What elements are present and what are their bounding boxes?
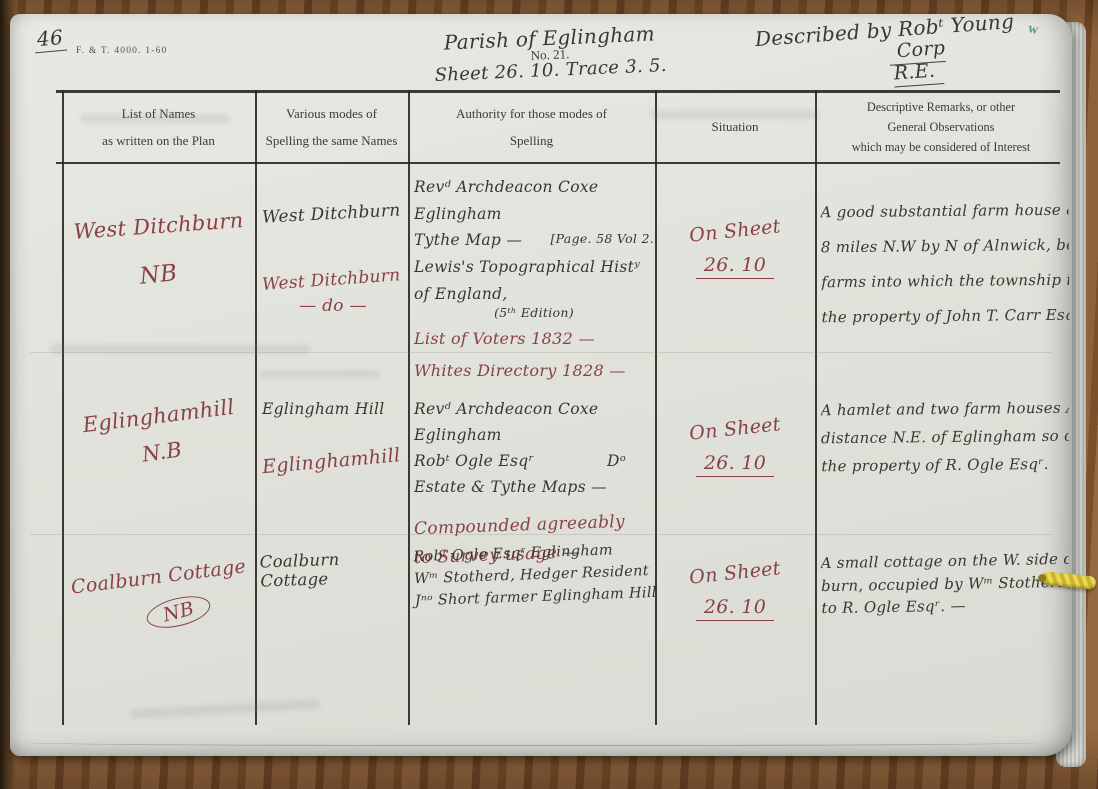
edition-note: (5ᵗʰ Edition) — [414, 307, 654, 320]
nb-mark-circled: NB — [143, 591, 213, 634]
row-2-name-cell: Eglinghamhill N.B — [62, 404, 255, 464]
page-number: 46 — [33, 25, 67, 52]
column-header-line: as written on the Plan — [62, 133, 255, 149]
rank-line: Corp R.E. — [861, 35, 974, 87]
authority-entry-with-ditto: Robᵗ Ogle Esqʳ Dᵒ — [414, 448, 654, 474]
ditto-mark: — do — — [262, 296, 404, 316]
page-title-block: Parish of Eglingham No. 21. Sheet 26. 10… — [379, 19, 721, 89]
column-header-line: Descriptive Remarks, or other — [815, 100, 1067, 115]
cord-knot — [1038, 574, 1047, 583]
nb-mark: N.B — [131, 436, 194, 468]
authority-entry: Revᵈ Archdeacon Coxe Eglingham — [414, 174, 654, 227]
remark-line: the property of R. Ogle Esqʳ. — [821, 450, 1069, 480]
remark-line: A good substantial farm house & hamle — [820, 193, 1068, 231]
row-2-remarks-cell: A hamlet and two farm houses A sh distan… — [821, 395, 1070, 481]
spelling-entry: West Ditchburn — [262, 200, 405, 227]
table-column-line-4 — [815, 90, 817, 725]
situation-sheet-number: 26. 10 — [655, 596, 815, 618]
spelling-entry: Eglinghamhill — [261, 444, 407, 479]
situation-sheet-number: 26. 10 — [655, 254, 815, 276]
row-2-situation-cell: On Sheet 26. 10 — [655, 418, 815, 474]
ditto-mark: Dᵒ — [607, 448, 626, 474]
column-header-names: List of Names as written on the Plan — [62, 94, 255, 160]
spelling-entry: West Ditchburn — [261, 265, 404, 295]
column-header-line: Various modes of — [255, 106, 408, 122]
rank-text: Corp R.E. — [888, 37, 946, 88]
bleed-through-smudge — [260, 370, 380, 378]
spelling-entry: Coalburn Cottage — [259, 547, 410, 590]
described-by-block: Described by Robᵗ Young Corp R.E. — [750, 14, 1022, 94]
authority-entry: Revᵈ Archdeacon Coxe Eglingham — [414, 396, 654, 448]
table-column-line-2 — [408, 90, 410, 725]
green-scribble-mark: w — [1026, 21, 1039, 39]
page-number-text: 46 — [33, 25, 67, 54]
paper-crease — [30, 534, 1052, 535]
authority-entry: List of Voters 1832 — — [414, 325, 654, 353]
page-volume-note: [Page. 58 Vol 2. — [550, 231, 654, 247]
row-1-situation-cell: On Sheet 26. 10 — [655, 220, 815, 276]
column-header-situation: Situation — [655, 94, 815, 160]
column-header-line: Situation — [655, 119, 815, 135]
form-print-reference: F. & T. 4000. 1-60 — [76, 46, 167, 56]
column-header-line: Spelling — [408, 133, 655, 149]
bleed-through-smudge — [650, 110, 820, 119]
situation-sheet: On Sheet — [654, 212, 815, 251]
place-name: West Ditchburn — [61, 207, 255, 244]
authority-entry: Whites Directory 1828 — — [414, 357, 654, 385]
authority-entry: Tythe Map — — [414, 227, 522, 254]
table-header-underline — [56, 162, 1060, 164]
remark-line: A hamlet and two farm houses A sh — [821, 395, 1069, 425]
pencil-smudge — [130, 699, 320, 719]
column-header-spelling-modes: Various modes of Spelling the same Names — [255, 94, 408, 160]
place-name: Coalburn Cottage — [61, 554, 255, 599]
column-header-line: which may be considered of Interest — [815, 140, 1067, 155]
authority-entry: Estate & Tythe Maps — — [414, 474, 654, 500]
photographed-register-scene: { "colors": { "paper": "#e3e4de", "ink_b… — [0, 0, 1098, 789]
row-1-name-cell: West Ditchburn NB — [62, 214, 255, 288]
situation-sheet: On Sheet — [654, 554, 815, 593]
paper-crease — [30, 352, 1052, 353]
table-top-border — [56, 90, 1060, 93]
remark-line: farms into which the township is divided… — [821, 263, 1069, 301]
table-column-line-1 — [255, 90, 257, 725]
row-3-spelling-cell: Coalburn Cottage — [260, 550, 410, 588]
spelling-entry: Eglingham Hill — [262, 400, 407, 418]
row-3-authority-cell: Robᵗ Ogle Esqʳ Eglingham Wᵐ Stotherd, He… — [413, 538, 661, 613]
remark-line: 8 miles N.W by N of Alnwick, being on t — [821, 228, 1069, 266]
authority-entry: Robᵗ Ogle Esqʳ — [414, 448, 534, 474]
place-name: Eglinghamhill — [61, 392, 255, 439]
column-header-remarks: Descriptive Remarks, or other General Ob… — [815, 94, 1067, 160]
sheet-number-text: 26. 10 — [696, 452, 774, 477]
situation-sheet: On Sheet — [654, 410, 815, 449]
row-1-remarks-cell: A good substantial farm house & hamle 8 … — [820, 193, 1069, 335]
row-3-name-cell: Coalburn Cottage NB — [62, 566, 255, 626]
sheet-number-text: 26. 10 — [696, 254, 774, 279]
remark-line: distance N.E. of Eglingham so calle — [821, 422, 1069, 452]
situation-sheet-number: 26. 10 — [655, 452, 815, 474]
row-2-spelling-cell: Eglingham Hill Eglinghamhill — [262, 400, 407, 472]
column-header-line: Authority for those modes of — [408, 106, 655, 122]
column-header-line: General Observations — [815, 120, 1067, 135]
sheet-number-text: 26. 10 — [696, 596, 774, 621]
row-3-situation-cell: On Sheet 26. 10 — [655, 562, 815, 618]
bleed-through-smudge — [80, 114, 230, 123]
remark-line: the property of John T. Carr Esqʳ — — [821, 298, 1069, 336]
row-3-remarks-cell: A small cottage on the W. side of Coa bu… — [820, 548, 1069, 620]
row-1-authority-cell: Revᵈ Archdeacon Coxe Eglingham Tythe Map… — [414, 174, 654, 385]
nb-mark: NB — [61, 252, 256, 298]
authority-entry-with-note: Tythe Map — [Page. 58 Vol 2. — [414, 227, 654, 254]
table-column-line-3 — [655, 90, 657, 725]
column-header-authority: Authority for those modes of Spelling — [408, 94, 655, 160]
remark-line: to R. Ogle Esqʳ. — — [821, 593, 1069, 620]
document-page: 46 F. & T. 4000. 1-60 Parish of Eglingha… — [10, 14, 1072, 756]
authority-entry: Lewis's Topographical Histʸ of England, — [414, 254, 654, 307]
remark-line: burn, occupied by Wᵐ Stotherd, He — [821, 570, 1069, 597]
page-bottom-edge — [24, 737, 1042, 746]
column-header-line: Spelling the same Names — [255, 133, 408, 149]
row-1-spelling-cell: West Ditchburn West Ditchburn — do — — [262, 204, 404, 316]
